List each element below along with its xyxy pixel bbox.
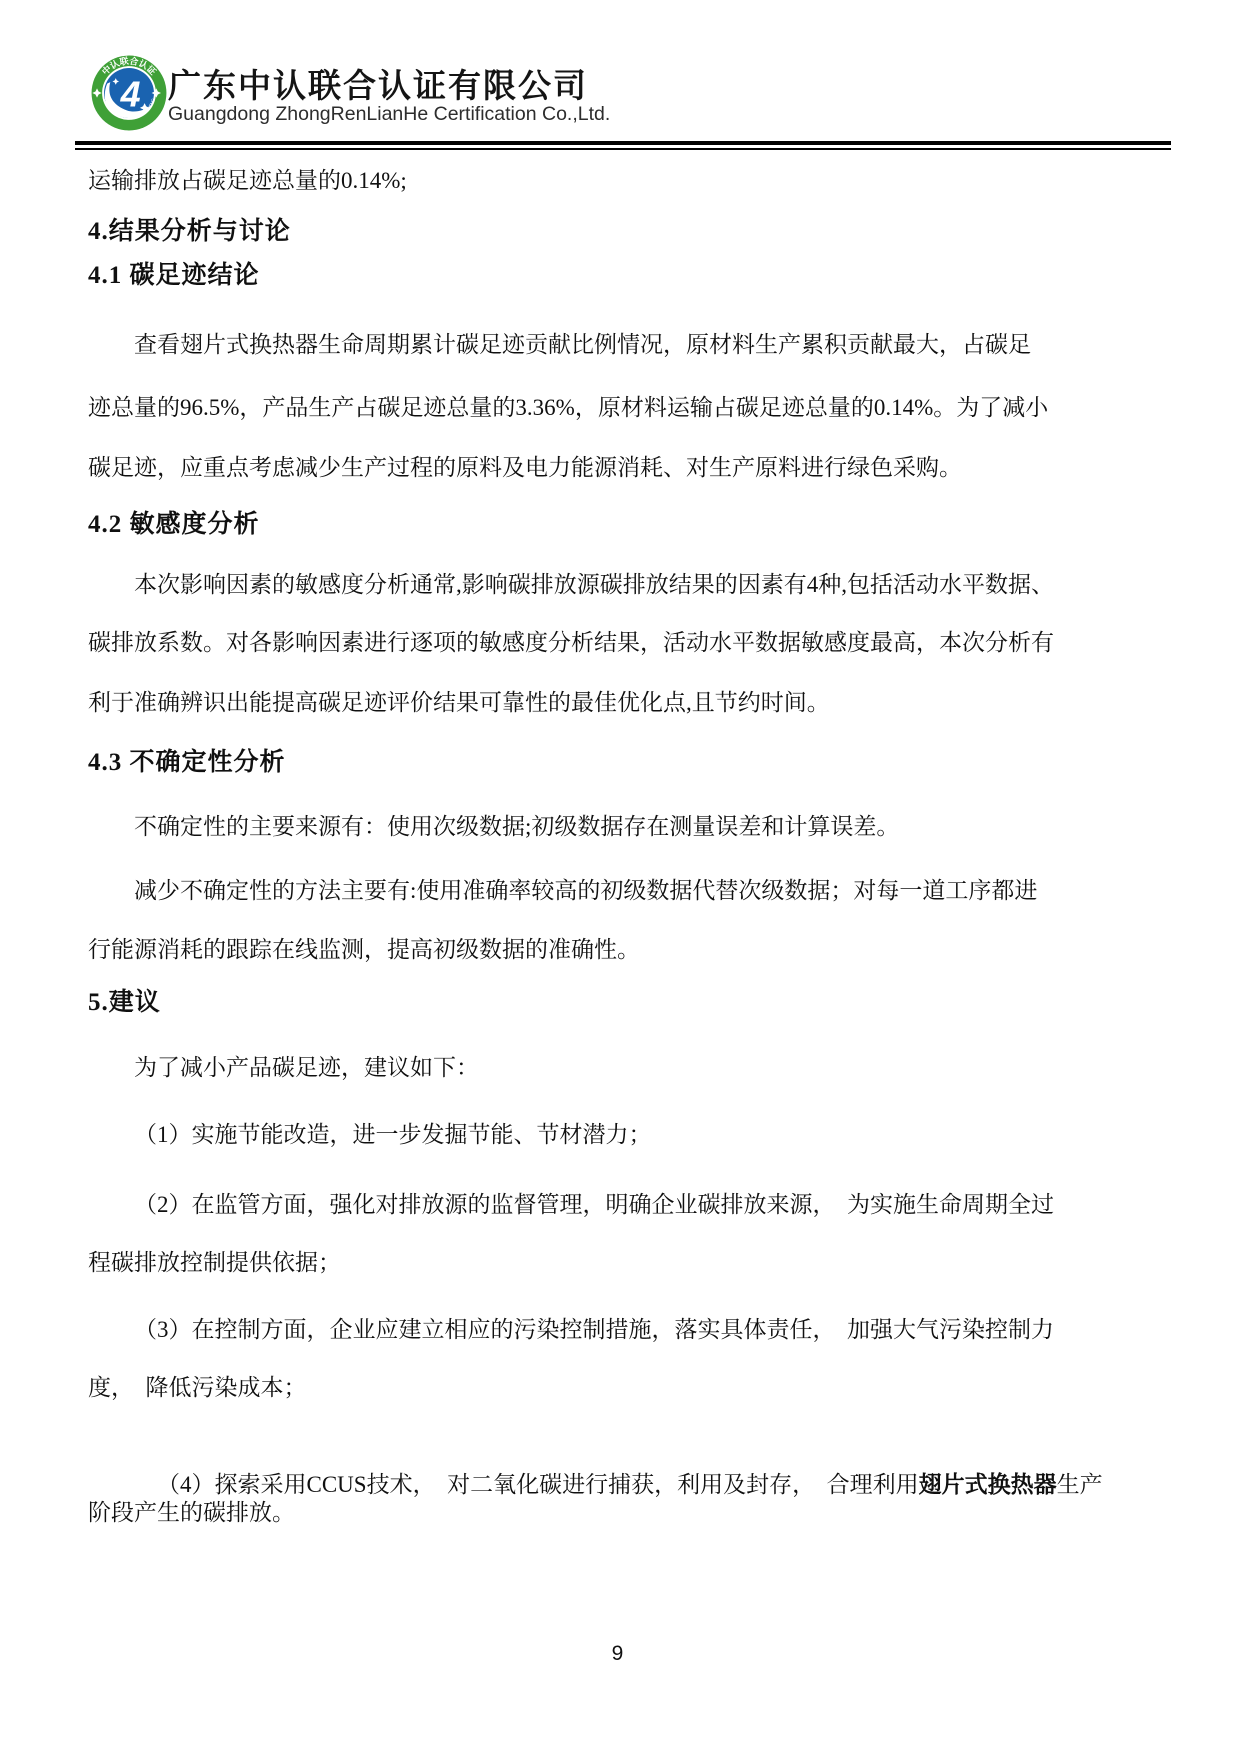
suggestion-item-1: （1）实施节能改造，进一步发掘节能、节材潜力；	[88, 1120, 652, 1150]
para-4-3-line-1: 不确定性的主要来源有：使用次级数据;初级数据存在测量误差和计算误差。	[88, 812, 899, 842]
para-4-2-line-1: 本次影响因素的敏感度分析通常,影响碳排放源碳排放结果的因素有4种,包括活动水平数…	[88, 570, 1054, 600]
para-4-3-line-2: 减少不确定性的方法主要有:使用准确率较高的初级数据代替次级数据；对每一道工序都进	[88, 876, 1037, 906]
para-4-1-line-1: 查看翅片式换热器生命周期累计碳足迹贡献比例情况，原材料生产累积贡献最大，占碳足	[88, 330, 1031, 360]
header-rule-thin	[75, 148, 1171, 150]
company-name-en: Guangdong ZhongRenLianHe Certification C…	[168, 103, 610, 126]
heading-4-2-sensitivity: 4.2 敏感度分析	[88, 510, 260, 540]
suggestion-item-4-line-2: 阶段产生的碳排放。	[88, 1498, 295, 1528]
para-4-2-line-3: 利于准确辨识出能提高碳足迹评价结果可靠性的最佳优化点,且节约时间。	[88, 688, 830, 718]
heading-4-1-footprint-conclusion: 4.1 碳足迹结论	[88, 261, 260, 291]
heading-4-results-discussion: 4.结果分析与讨论	[88, 217, 291, 247]
company-logo: 4 中认联合认证 ZHONG REN LIAN HE REN ZHENG	[90, 54, 168, 132]
heading-5-suggestions: 5.建议	[88, 988, 161, 1018]
para-4-2-line-2: 碳排放系数。对各影响因素进行逐项的敏感度分析结果，活动水平数据敏感度最高，本次分…	[88, 628, 1054, 658]
document-page: 4 中认联合认证 ZHONG REN LIAN HE REN ZHENG 广东中…	[0, 0, 1235, 1749]
svg-text:4: 4	[120, 74, 141, 114]
item-4-text-pre: （4）探索采用CCUS技术， 对二氧化碳进行捕获，利用及封存， 合理利用	[157, 1472, 919, 1497]
suggestion-item-3-line-2: 度， 降低污染成本；	[88, 1373, 307, 1403]
line-transport-share: 运输排放占碳足迹总量的0.14%;	[88, 166, 407, 196]
para-4-3-line-3: 行能源消耗的跟踪在线监测，提高初级数据的准确性。	[88, 935, 640, 965]
page-number: 9	[0, 1642, 1235, 1666]
certification-badge-icon: 4 中认联合认证 ZHONG REN LIAN HE REN ZHENG	[90, 54, 168, 132]
heading-4-3-uncertainty: 4.3 不确定性分析	[88, 748, 286, 778]
suggestion-item-2-line-1: （2）在监管方面，强化对排放源的监督管理，明确企业碳排放来源， 为实施生命周期全…	[88, 1190, 1054, 1220]
suggestion-item-2-line-2: 程碳排放控制提供依据；	[88, 1248, 341, 1278]
item-4-text-post: 生产	[1057, 1472, 1103, 1497]
suggestion-item-3-line-1: （3）在控制方面，企业应建立相应的污染控制措施，落实具体责任， 加强大气污染控制…	[88, 1315, 1054, 1345]
company-name-zh: 广东中认联合认证有限公司	[168, 60, 588, 107]
para-4-1-line-3: 碳足迹，应重点考虑减少生产过程的原料及电力能源消耗、对生产原料进行绿色采购。	[88, 453, 962, 483]
item-4-product-name-bold: 翅片式换热器	[919, 1472, 1057, 1497]
para-4-1-line-2: 迹总量的96.5%，产品生产占碳足迹总量的3.36%，原材料运输占碳足迹总量的0…	[88, 393, 1048, 423]
para-5-intro: 为了减小产品碳足迹，建议如下：	[88, 1053, 479, 1083]
header-rule-thick	[75, 141, 1171, 145]
